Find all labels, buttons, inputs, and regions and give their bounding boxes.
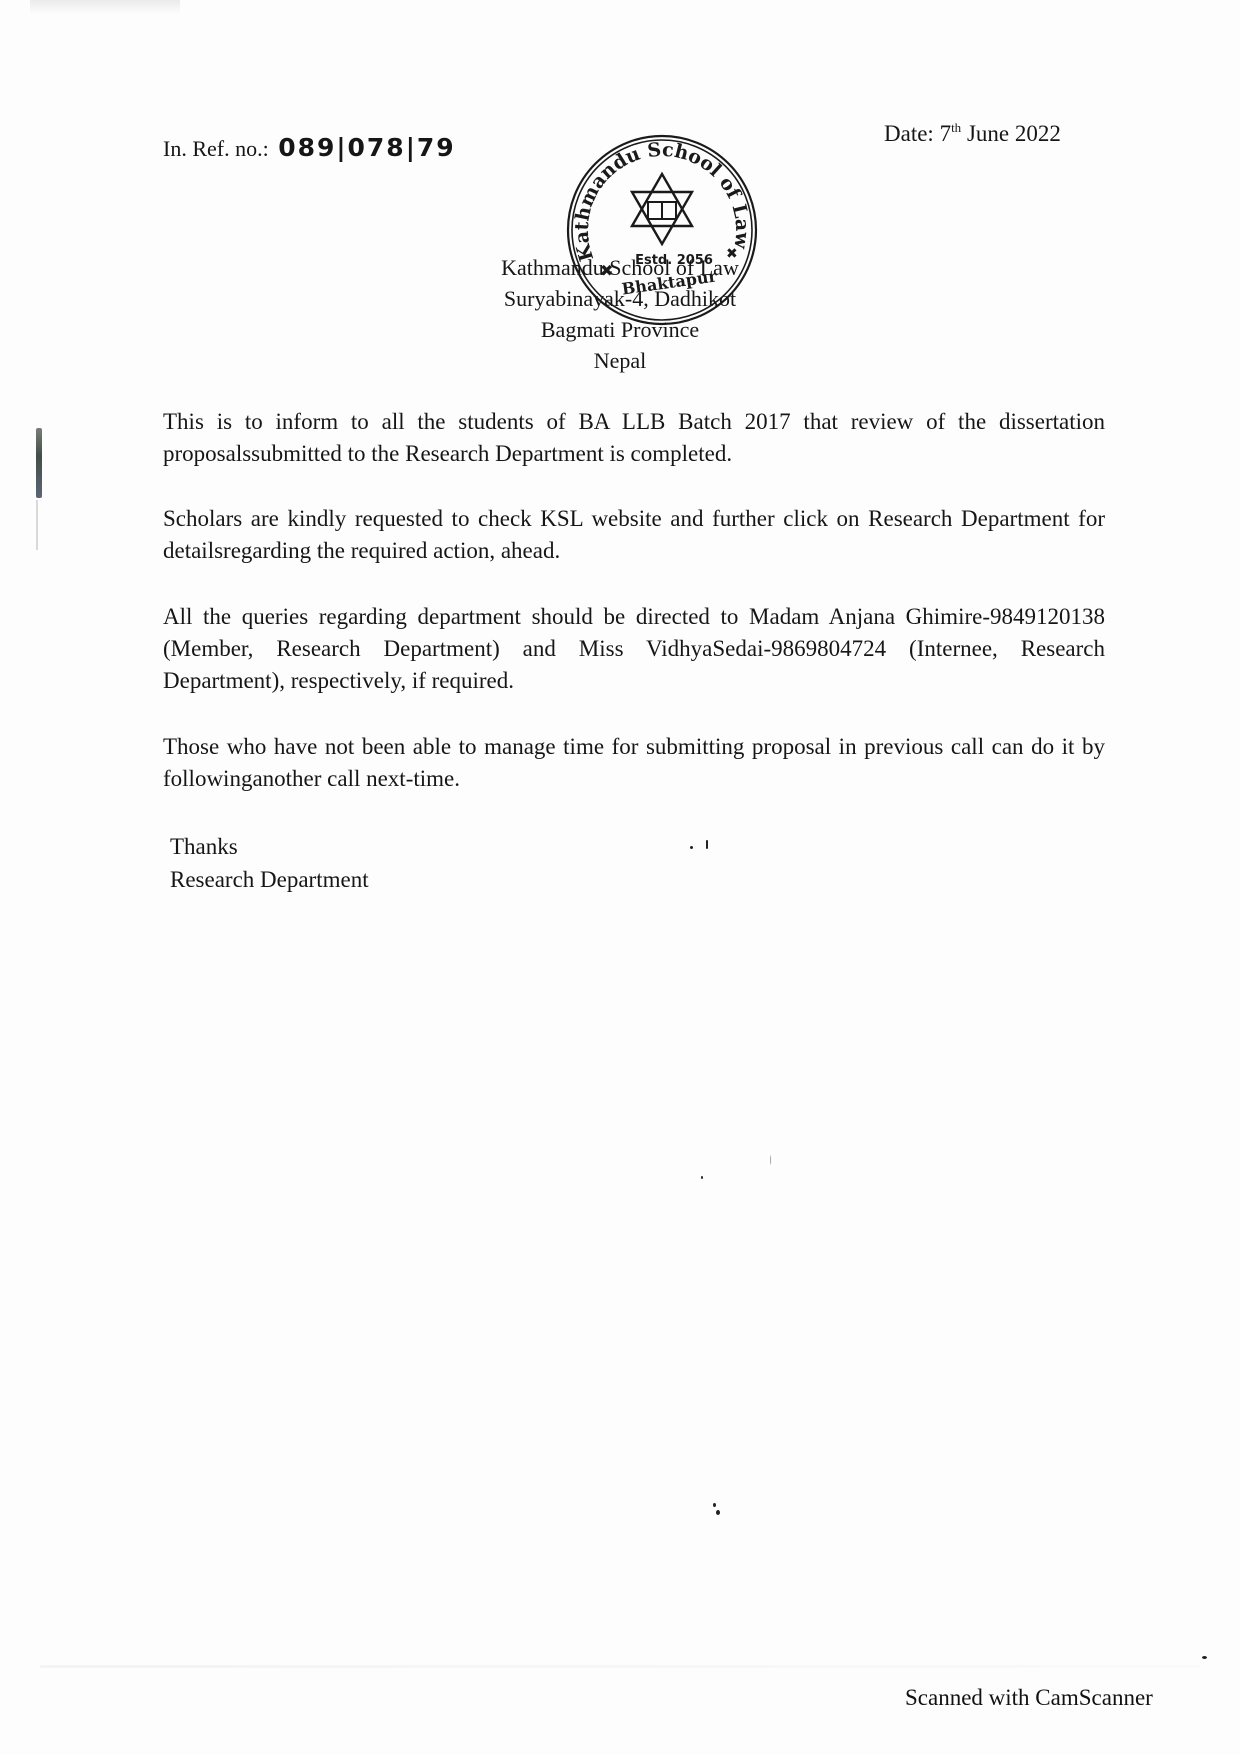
- scanner-watermark: Scanned with CamScanner: [905, 1685, 1153, 1711]
- stamp-ring-text: Kathmandu School of Law: [562, 130, 762, 329]
- paragraph-check-website: Scholars are kindly requested to check K…: [163, 503, 1105, 567]
- date-month-year: June 2022: [967, 121, 1061, 146]
- closing-signatory: Research Department: [170, 863, 369, 896]
- scan-edge-artifact: [36, 500, 38, 550]
- date-label: Date:: [884, 121, 934, 146]
- svg-text:Kathmandu School of Law: Kathmandu School of Law: [562, 130, 762, 329]
- official-stamp-icon: Kathmandu School of Law Estd. 2056 Bhakt…: [562, 130, 762, 330]
- date-day-suffix: th: [951, 120, 961, 135]
- scan-speck: [716, 1510, 720, 1515]
- scan-bottom-edge: [40, 1665, 1200, 1668]
- date-day: 7: [940, 121, 952, 146]
- scanned-page: In. Ref. no.: 089|078|79 Date: 7th June …: [0, 0, 1240, 1755]
- stamp-star-right: ✖: [726, 246, 738, 262]
- paragraph-contacts: All the queries regarding department sho…: [163, 601, 1105, 697]
- reference-number: In. Ref. no.: 089|078|79: [163, 133, 456, 162]
- closing-thanks: Thanks: [170, 830, 369, 863]
- scan-speck: [690, 846, 693, 849]
- scan-smudge: [30, 0, 180, 14]
- stamp-location: Bhaktapur: [621, 266, 719, 298]
- reference-value: 089|078|79: [278, 133, 455, 162]
- scan-speck: [706, 840, 708, 849]
- scan-speck: [713, 1503, 716, 1507]
- scan-speck: [701, 1176, 703, 1179]
- paragraph-next-call: Those who have not been able to manage t…: [163, 731, 1105, 795]
- stamp-established: Estd. 2056: [635, 253, 713, 268]
- scan-speck: [1202, 1656, 1207, 1659]
- scan-speck: [770, 1155, 771, 1165]
- closing-block: Thanks Research Department: [170, 830, 369, 896]
- address-line: Nepal: [420, 345, 820, 376]
- paragraph-review-completed: This is to inform to all the students of…: [163, 406, 1105, 470]
- scan-edge-artifact: [36, 428, 42, 498]
- stamp-star-left: ✖: [600, 261, 613, 280]
- document-date: Date: 7th June 2022: [884, 120, 1061, 147]
- reference-label: In. Ref. no.:: [163, 136, 269, 161]
